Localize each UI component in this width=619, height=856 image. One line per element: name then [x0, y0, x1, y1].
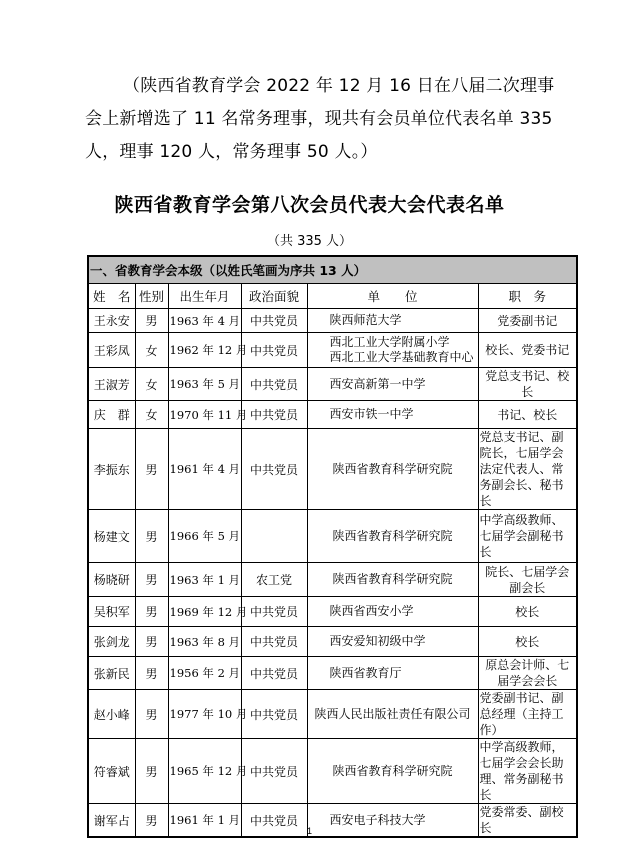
cell-gender: 男 — [135, 563, 168, 597]
cell-name: 王彩凤 — [88, 333, 135, 368]
cell-party: 中共党员 — [241, 429, 307, 510]
header-role: 职 务 — [478, 284, 577, 309]
cell-name: 张新民 — [88, 657, 135, 690]
intro-paragraph: （陕西省教育学会 2022 年 12 月 16 日在八届二次理事会上新增选了 1… — [85, 70, 555, 169]
cell-name: 符睿斌 — [88, 739, 135, 804]
cell-party: 中共党员 — [241, 333, 307, 368]
cell-name: 庆 群 — [88, 401, 135, 429]
cell-birth: 1963 年 1 月 — [168, 563, 241, 597]
cell-role: 党委副书记 — [478, 309, 577, 333]
cell-role: 中学高级教师、七届学会副秘书长 — [478, 510, 577, 563]
section-header-row: 一、省教育学会本级（以姓氏笔画为序共 13 人） — [88, 256, 577, 284]
cell-role: 党委副书记、副总经理（主持工作） — [478, 690, 577, 739]
cell-unit: 西安爱知初级中学 — [307, 627, 478, 657]
cell-party: 农工党 — [241, 563, 307, 597]
cell-role: 党总支书记、校长 — [478, 368, 577, 401]
cell-unit: 西安高新第一中学 — [307, 368, 478, 401]
cell-unit: 西北工业大学附属小学西北工业大学基础教育中心 — [307, 333, 478, 368]
cell-unit: 陕西省教育科学研究院 — [307, 429, 478, 510]
cell-birth: 1956 年 2 月 — [168, 657, 241, 690]
unit-line: 陕西省西安小学 — [330, 604, 476, 619]
roster-body: 王永安男1963 年 4 月中共党员陕西师范大学党委副书记王彩凤女1962 年 … — [88, 309, 577, 838]
cell-gender: 男 — [135, 627, 168, 657]
table-row: 吴积军男1969 年 12 月中共党员陕西省西安小学校长 — [88, 597, 577, 627]
document-title: 陕西省教育学会第八次会员代表大会代表名单 — [0, 190, 619, 217]
cell-name: 杨建文 — [88, 510, 135, 563]
cell-party: 中共党员 — [241, 627, 307, 657]
unit-line: 西北工业大学附属小学 — [330, 335, 476, 350]
table-row: 杨晓研男1963 年 1 月农工党陕西省教育科学研究院院长、七届学会副会长 — [88, 563, 577, 597]
cell-party: 中共党员 — [241, 657, 307, 690]
cell-name: 赵小峰 — [88, 690, 135, 739]
cell-birth: 1965 年 12 月 — [168, 739, 241, 804]
cell-gender: 男 — [135, 309, 168, 333]
cell-name: 王淑芳 — [88, 368, 135, 401]
cell-unit: 西安市铁一中学 — [307, 401, 478, 429]
cell-party: 中共党员 — [241, 401, 307, 429]
cell-gender: 女 — [135, 401, 168, 429]
cell-name: 杨晓研 — [88, 563, 135, 597]
cell-birth: 1970 年 11 月 — [168, 401, 241, 429]
cell-name: 李振东 — [88, 429, 135, 510]
cell-party: 中共党员 — [241, 690, 307, 739]
page-number: 1 — [0, 826, 619, 836]
cell-gender: 男 — [135, 597, 168, 627]
cell-role: 校长 — [478, 597, 577, 627]
cell-unit: 陕西省教育科学研究院 — [307, 739, 478, 804]
cell-gender: 男 — [135, 429, 168, 510]
cell-birth: 1963 年 8 月 — [168, 627, 241, 657]
cell-birth: 1969 年 12 月 — [168, 597, 241, 627]
cell-gender: 男 — [135, 690, 168, 739]
cell-unit: 陕西师范大学 — [307, 309, 478, 333]
header-party: 政治面貌 — [241, 284, 307, 309]
table-row: 李振东男1961 年 4 月中共党员陕西省教育科学研究院党总支书记、副院长，七届… — [88, 429, 577, 510]
table-row: 王永安男1963 年 4 月中共党员陕西师范大学党委副书记 — [88, 309, 577, 333]
unit-line: 陕西省教育科学研究院 — [310, 572, 476, 587]
cell-party: 中共党员 — [241, 368, 307, 401]
cell-gender: 男 — [135, 510, 168, 563]
cell-unit: 陕西省教育厅 — [307, 657, 478, 690]
cell-birth: 1963 年 5 月 — [168, 368, 241, 401]
unit-line: 西北工业大学基础教育中心 — [330, 350, 476, 365]
cell-role: 党总支书记、副院长，七届学会法定代表人、常务副会长、秘书长 — [478, 429, 577, 510]
table-header-row: 姓 名 性别 出生年月 政治面貌 单 位 职 务 — [88, 284, 577, 309]
cell-party: 中共党员 — [241, 739, 307, 804]
cell-party: 中共党员 — [241, 597, 307, 627]
unit-line: 西安市铁一中学 — [330, 407, 476, 422]
cell-name: 张剑龙 — [88, 627, 135, 657]
unit-line: 陕西省教育厅 — [330, 666, 476, 681]
unit-line: 西安高新第一中学 — [330, 377, 476, 392]
cell-name: 吴积军 — [88, 597, 135, 627]
table-row: 王淑芳女1963 年 5 月中共党员西安高新第一中学党总支书记、校长 — [88, 368, 577, 401]
member-roster-table: 一、省教育学会本级（以姓氏笔画为序共 13 人） 姓 名 性别 出生年月 政治面… — [87, 255, 578, 838]
section-title: 一、省教育学会本级（以姓氏笔画为序共 13 人） — [88, 256, 577, 284]
cell-role: 校长、党委书记 — [478, 333, 577, 368]
cell-role: 院长、七届学会副会长 — [478, 563, 577, 597]
cell-name: 王永安 — [88, 309, 135, 333]
cell-gender: 男 — [135, 657, 168, 690]
cell-gender: 男 — [135, 739, 168, 804]
cell-unit: 陕西人民出版社责任有限公司 — [307, 690, 478, 739]
unit-line: 陕西省教育科学研究院 — [310, 529, 476, 544]
unit-line: 陕西省教育科学研究院 — [310, 462, 476, 477]
table-row: 赵小峰男1977 年 10 月中共党员陕西人民出版社责任有限公司党委副书记、副总… — [88, 690, 577, 739]
cell-party — [241, 510, 307, 563]
cell-role: 校长 — [478, 627, 577, 657]
intro-text: （陕西省教育学会 2022 年 12 月 16 日在八届二次理事会上新增选了 1… — [85, 76, 554, 162]
cell-gender: 女 — [135, 368, 168, 401]
unit-line: 陕西人民出版社责任有限公司 — [310, 707, 476, 722]
table-row: 杨建文男1966 年 5 月陕西省教育科学研究院中学高级教师、七届学会副秘书长 — [88, 510, 577, 563]
document-subtitle: （共 335 人） — [0, 230, 619, 249]
cell-birth: 1961 年 4 月 — [168, 429, 241, 510]
cell-gender: 女 — [135, 333, 168, 368]
header-birth: 出生年月 — [168, 284, 241, 309]
header-unit: 单 位 — [307, 284, 478, 309]
cell-birth: 1966 年 5 月 — [168, 510, 241, 563]
cell-birth: 1962 年 12 月 — [168, 333, 241, 368]
table-row: 符睿斌男1965 年 12 月中共党员陕西省教育科学研究院中学高级教师，七届学会… — [88, 739, 577, 804]
cell-unit: 陕西省教育科学研究院 — [307, 510, 478, 563]
cell-birth: 1963 年 4 月 — [168, 309, 241, 333]
cell-role: 中学高级教师，七届学会会长助理、常务副秘书长 — [478, 739, 577, 804]
cell-role: 原总会计师、七届学会会长 — [478, 657, 577, 690]
table-row: 张剑龙男1963 年 8 月中共党员西安爱知初级中学校长 — [88, 627, 577, 657]
unit-line: 陕西省教育科学研究院 — [310, 764, 476, 779]
cell-party: 中共党员 — [241, 309, 307, 333]
table-row: 庆 群女1970 年 11 月中共党员西安市铁一中学书记、校长 — [88, 401, 577, 429]
cell-unit: 陕西省西安小学 — [307, 597, 478, 627]
cell-birth: 1977 年 10 月 — [168, 690, 241, 739]
cell-role: 书记、校长 — [478, 401, 577, 429]
header-gender: 性别 — [135, 284, 168, 309]
table-row: 张新民男1956 年 2 月中共党员陕西省教育厅原总会计师、七届学会会长 — [88, 657, 577, 690]
unit-line: 陕西师范大学 — [330, 313, 476, 328]
header-name: 姓 名 — [88, 284, 135, 309]
unit-line: 西安爱知初级中学 — [330, 634, 476, 649]
table-row: 王彩凤女1962 年 12 月中共党员西北工业大学附属小学西北工业大学基础教育中… — [88, 333, 577, 368]
cell-unit: 陕西省教育科学研究院 — [307, 563, 478, 597]
